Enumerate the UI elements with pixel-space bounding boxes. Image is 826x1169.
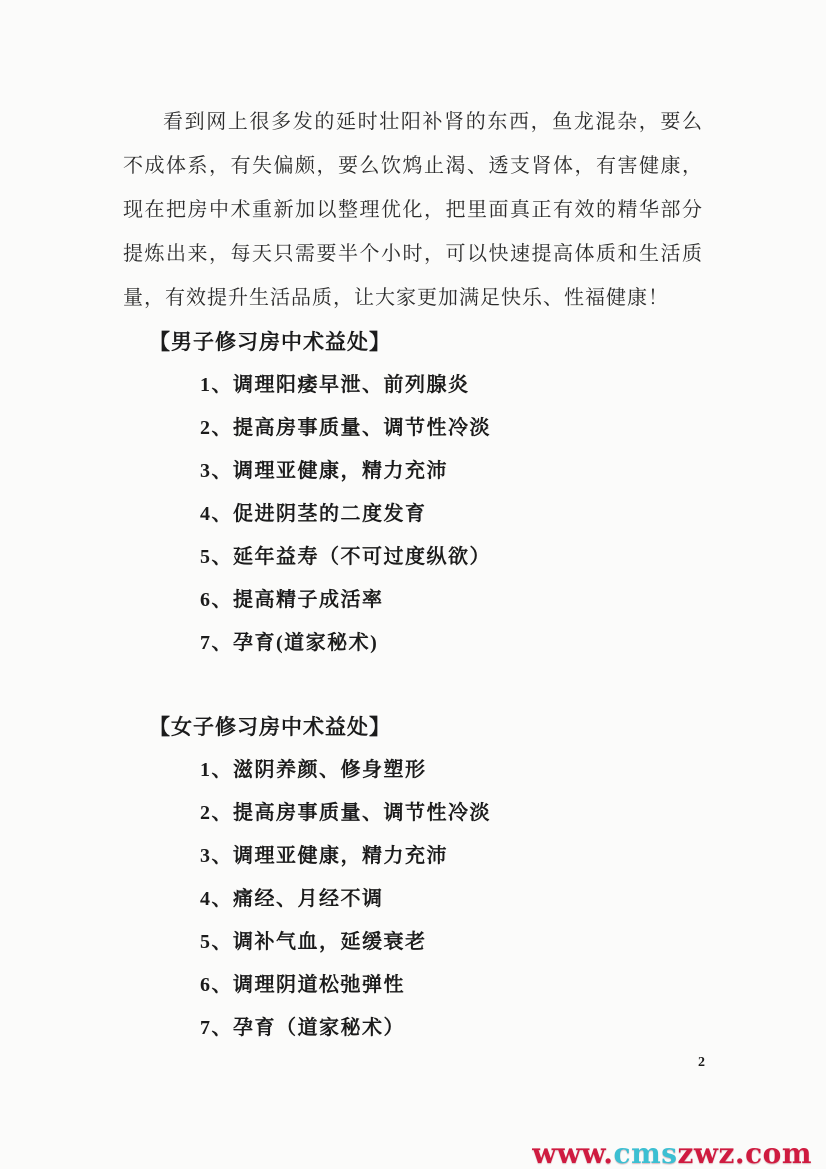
list-item: 1、调理阳痿早泄、前列腺炎 [200,364,703,407]
list-item: 2、提高房事质量、调节性冷淡 [200,792,703,835]
page-content: 看到网上很多发的延时壮阳补肾的东西，鱼龙混杂，要么不成体系，有失偏颇，要么饮鸩止… [123,100,703,1050]
list-item: 1、滋阴养颜、修身塑形 [200,749,703,792]
section-title-men: 【男子修习房中术益处】 [149,320,703,364]
list-item: 3、调理亚健康，精力充沛 [200,835,703,878]
list-item: 4、痛经、月经不调 [200,878,703,921]
list-item: 5、调补气血，延缓衰老 [200,921,703,964]
page-number: 2 [698,1055,705,1071]
intro-paragraph: 看到网上很多发的延时壮阳补肾的东西，鱼龙混杂，要么不成体系，有失偏颇，要么饮鸩止… [123,100,703,320]
list-item: 7、孕育（道家秘术） [200,1007,703,1050]
list-item: 5、延年益寿（不可过度纵欲） [200,536,703,579]
list-item: 7、孕育(道家秘术) [200,622,703,665]
list-item: 4、促进阴茎的二度发育 [200,493,703,536]
list-item: 2、提高房事质量、调节性冷淡 [200,407,703,450]
watermark-segment-www: www. [532,1137,613,1169]
watermark: www.cmszwz.com [532,1140,812,1168]
men-benefit-list: 1、调理阳痿早泄、前列腺炎 2、提高房事质量、调节性冷淡 3、调理亚健康，精力充… [200,364,703,665]
list-item: 3、调理亚健康，精力充沛 [200,450,703,493]
list-item: 6、提高精子成活率 [200,579,703,622]
watermark-segment-cms: cms [614,1137,678,1169]
list-item: 6、调理阴道松弛弹性 [200,964,703,1007]
section-title-women: 【女子修习房中术益处】 [149,705,703,749]
women-benefit-list: 1、滋阴养颜、修身塑形 2、提高房事质量、调节性冷淡 3、调理亚健康，精力充沛 … [200,749,703,1050]
document-page: 看到网上很多发的延时壮阳补肾的东西，鱼龙混杂，要么不成体系，有失偏颇，要么饮鸩止… [0,0,826,1169]
watermark-segment-domain: zwz.com [677,1137,812,1169]
